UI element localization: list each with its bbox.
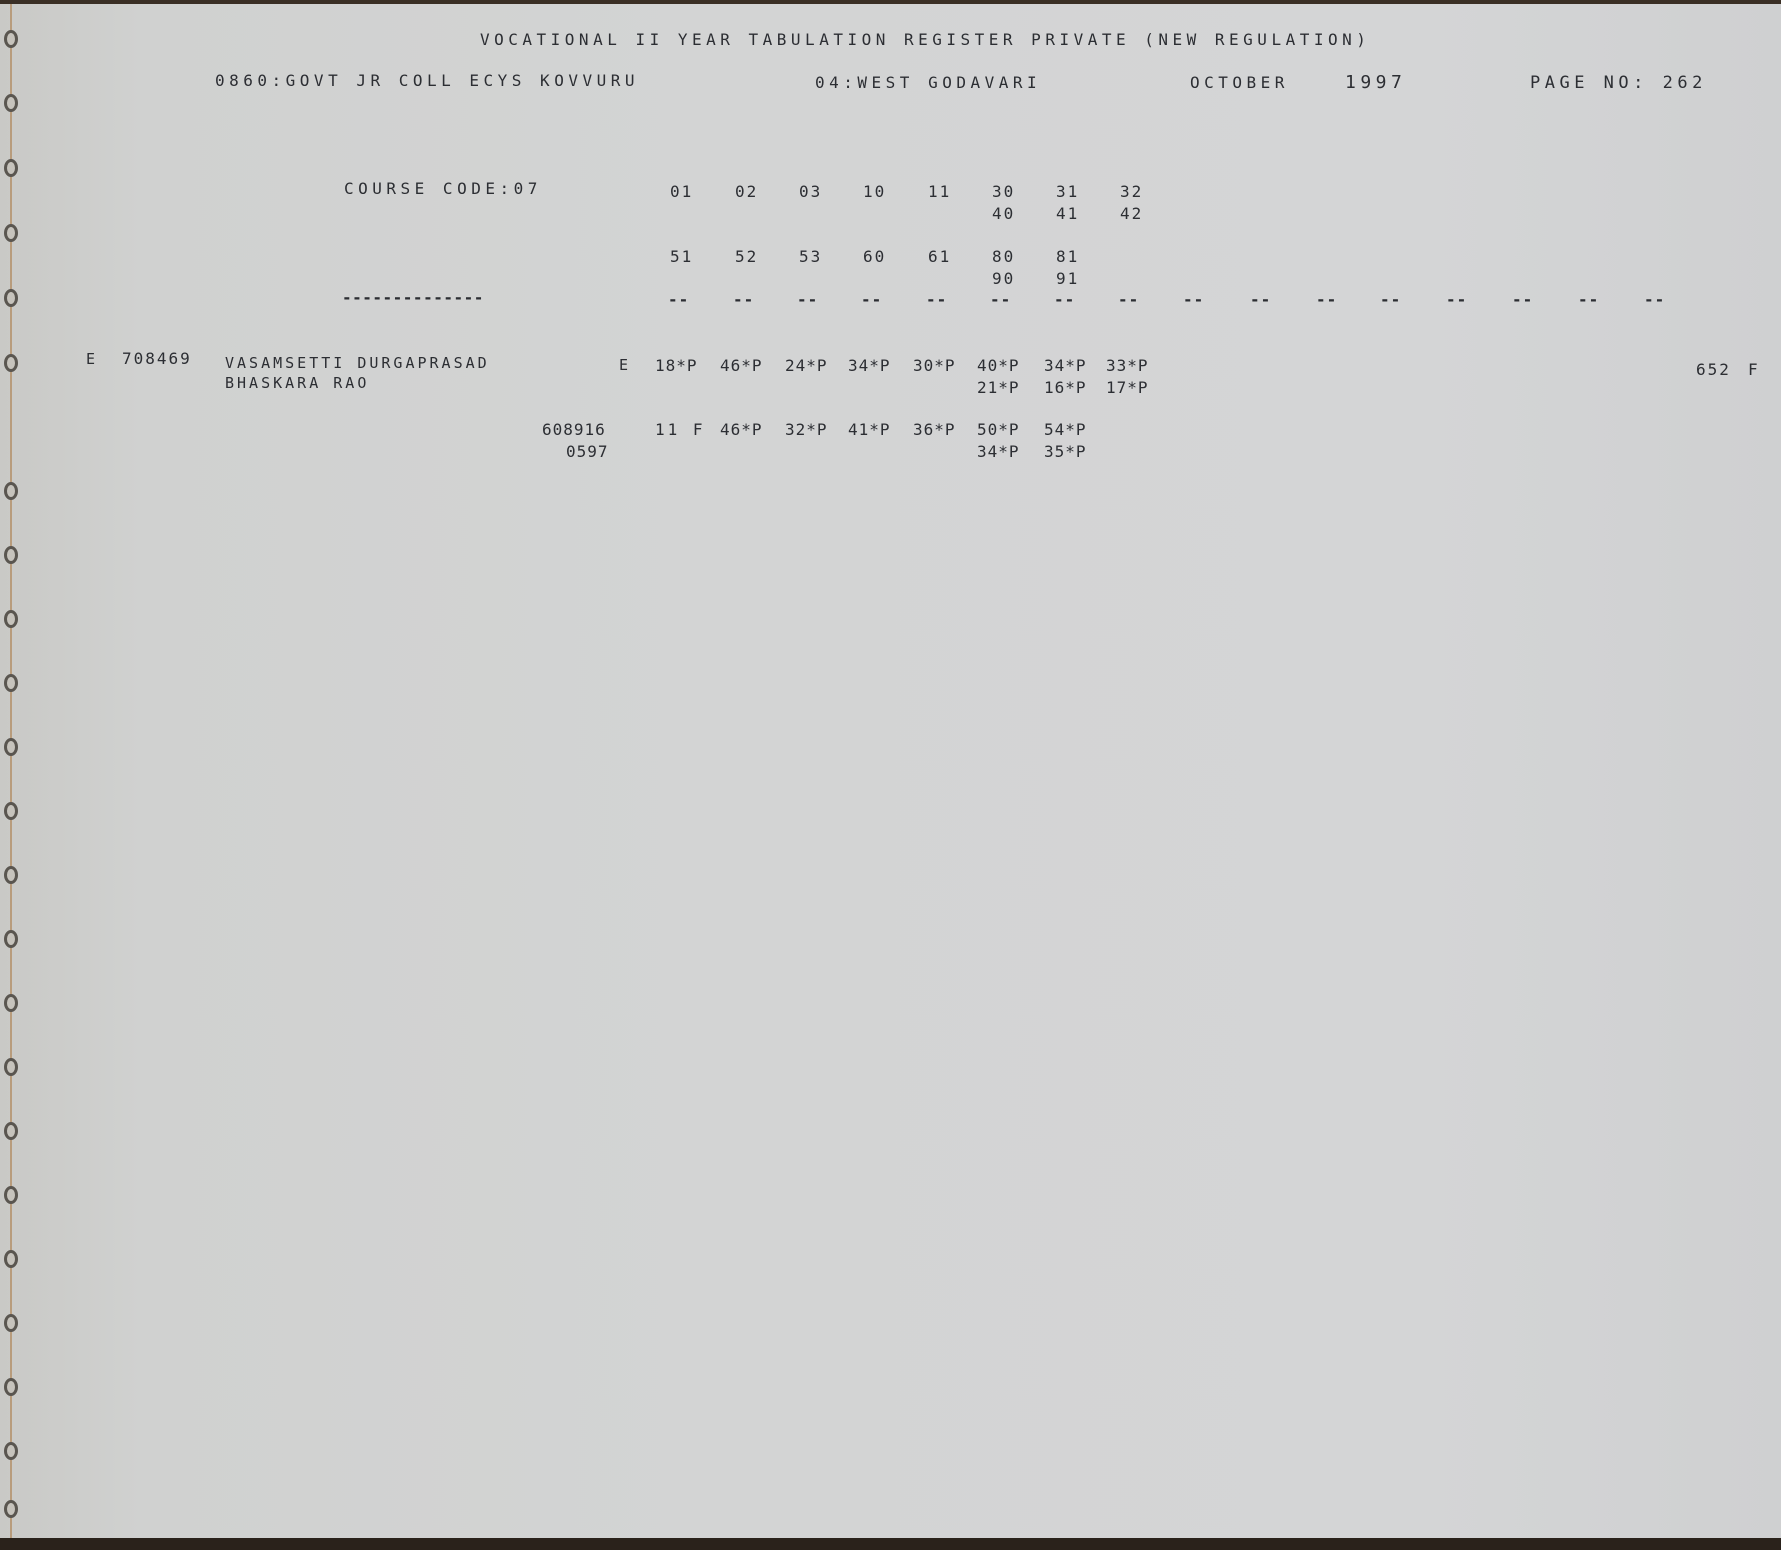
total-marks: 652 bbox=[1696, 361, 1731, 379]
mark-cell: 54*P bbox=[1044, 421, 1087, 439]
separator-dash: -- bbox=[990, 290, 1011, 309]
candidate-category: E bbox=[86, 350, 97, 368]
binder-hole-icon bbox=[4, 674, 18, 692]
mark-cell: 11 F bbox=[655, 421, 706, 439]
mark-cell: 16*P bbox=[1044, 379, 1087, 397]
subject-code: 10 bbox=[863, 183, 886, 201]
binder-hole-icon bbox=[4, 482, 18, 500]
binder-hole-icon bbox=[4, 30, 18, 48]
binder-hole-icon bbox=[4, 802, 18, 820]
separator-dash: -- bbox=[1316, 290, 1337, 309]
binder-hole-icon bbox=[4, 224, 18, 242]
separator-dash: -- bbox=[926, 290, 947, 309]
binder-hole-icon bbox=[4, 866, 18, 884]
binder-hole-icon bbox=[4, 1500, 18, 1518]
mark-cell: 24*P bbox=[785, 357, 828, 375]
mark-cell: 46*P bbox=[720, 421, 763, 439]
separator-dash: -- bbox=[668, 290, 689, 309]
binder-hole-icon bbox=[4, 546, 18, 564]
separator-dash: -- bbox=[1446, 290, 1467, 309]
binder-hole-icon bbox=[4, 738, 18, 756]
binder-hole-icon bbox=[4, 930, 18, 948]
separator-dash: -- bbox=[1380, 290, 1401, 309]
mark-cell: 17*P bbox=[1106, 379, 1149, 397]
binder-hole-icon bbox=[4, 610, 18, 628]
subject-code: 53 bbox=[799, 248, 822, 266]
binder-hole-icon bbox=[4, 1122, 18, 1140]
separator-dash: -- bbox=[1054, 290, 1075, 309]
subject-code: 91 bbox=[1056, 270, 1079, 288]
separator-dash: -- bbox=[1183, 290, 1204, 309]
binder-hole-icon bbox=[4, 159, 18, 177]
candidate-name-line2: BHASKARA RAO bbox=[225, 374, 369, 392]
header-underline: -------------- bbox=[342, 288, 484, 307]
result-status: F bbox=[1748, 361, 1760, 379]
binder-hole-icon bbox=[4, 1058, 18, 1076]
subject-code: 41 bbox=[1056, 205, 1079, 223]
subject-code: 42 bbox=[1120, 205, 1143, 223]
binder-hole-icon bbox=[4, 1186, 18, 1204]
separator-dash: -- bbox=[1118, 290, 1139, 309]
candidate-name-line1: VASAMSETTI DURGAPRASAD bbox=[225, 354, 490, 372]
subject-code: 01 bbox=[670, 183, 693, 201]
separator-dash: -- bbox=[1644, 290, 1665, 309]
separator-dash: -- bbox=[733, 290, 754, 309]
page-number: PAGE NO: 262 bbox=[1530, 74, 1707, 92]
subject-code: 90 bbox=[992, 270, 1015, 288]
binder-hole-icon bbox=[4, 289, 18, 307]
separator-dash: -- bbox=[1250, 290, 1271, 309]
mark-cell: 40*P bbox=[977, 357, 1020, 375]
binder-hole-icon bbox=[4, 94, 18, 112]
binder-hole-icon bbox=[4, 1250, 18, 1268]
subject-code: 61 bbox=[928, 248, 951, 266]
binder-hole-icon bbox=[4, 354, 18, 372]
separator-dash: -- bbox=[1512, 290, 1533, 309]
binder-hole-icon bbox=[4, 1442, 18, 1460]
separator-dash: -- bbox=[797, 290, 818, 309]
mark-cell: 21*P bbox=[977, 379, 1020, 397]
binder-hole-icon bbox=[4, 1314, 18, 1332]
exam-year: 1997 bbox=[1345, 74, 1406, 92]
mark-cell: 34*P bbox=[1044, 357, 1087, 375]
subject-code: 80 bbox=[992, 248, 1015, 266]
exam-month: OCTOBER bbox=[1190, 74, 1289, 92]
page-edge-shadow bbox=[0, 1538, 1781, 1550]
binder-hole-icon bbox=[4, 1378, 18, 1396]
mark-cell: 34*P bbox=[848, 357, 891, 375]
mark-cell: 35*P bbox=[1044, 443, 1087, 461]
mark-cell: 41*P bbox=[848, 421, 891, 439]
college-name: 0860:GOVT JR COLL ECYS KOVVURU bbox=[215, 72, 639, 90]
mark-cell: 18*P bbox=[655, 357, 698, 375]
mark-cell: 46*P bbox=[720, 357, 763, 375]
subject-code: 51 bbox=[670, 248, 693, 266]
mark-cell: 34*P bbox=[977, 443, 1020, 461]
medium-code: E bbox=[619, 356, 630, 374]
district-name: 04:WEST GODAVARI bbox=[815, 74, 1041, 92]
mark-cell: 36*P bbox=[913, 421, 956, 439]
subject-code: 02 bbox=[735, 183, 758, 201]
hall-ticket-number: 708469 bbox=[122, 350, 192, 368]
previous-hall-ticket: 608916 bbox=[542, 421, 606, 439]
course-code: COURSE CODE:07 bbox=[344, 180, 542, 198]
subject-code: 11 bbox=[928, 183, 951, 201]
binder-hole-icon bbox=[4, 994, 18, 1012]
register-page: VOCATIONAL II YEAR TABULATION REGISTER P… bbox=[0, 4, 1781, 1538]
subject-code: 81 bbox=[1056, 248, 1079, 266]
subject-code: 31 bbox=[1056, 183, 1079, 201]
subject-code: 60 bbox=[863, 248, 886, 266]
mark-cell: 30*P bbox=[913, 357, 956, 375]
subject-code: 52 bbox=[735, 248, 758, 266]
subject-code: 30 bbox=[992, 183, 1015, 201]
subject-code: 03 bbox=[799, 183, 822, 201]
mark-cell: 33*P bbox=[1106, 357, 1149, 375]
separator-dash: -- bbox=[1578, 290, 1599, 309]
subject-code: 40 bbox=[992, 205, 1015, 223]
subject-code: 32 bbox=[1120, 183, 1143, 201]
mark-cell: 50*P bbox=[977, 421, 1020, 439]
previous-session: 0597 bbox=[566, 443, 609, 461]
mark-cell: 32*P bbox=[785, 421, 828, 439]
page-title: VOCATIONAL II YEAR TABULATION REGISTER P… bbox=[480, 31, 1370, 49]
separator-dash: -- bbox=[861, 290, 882, 309]
